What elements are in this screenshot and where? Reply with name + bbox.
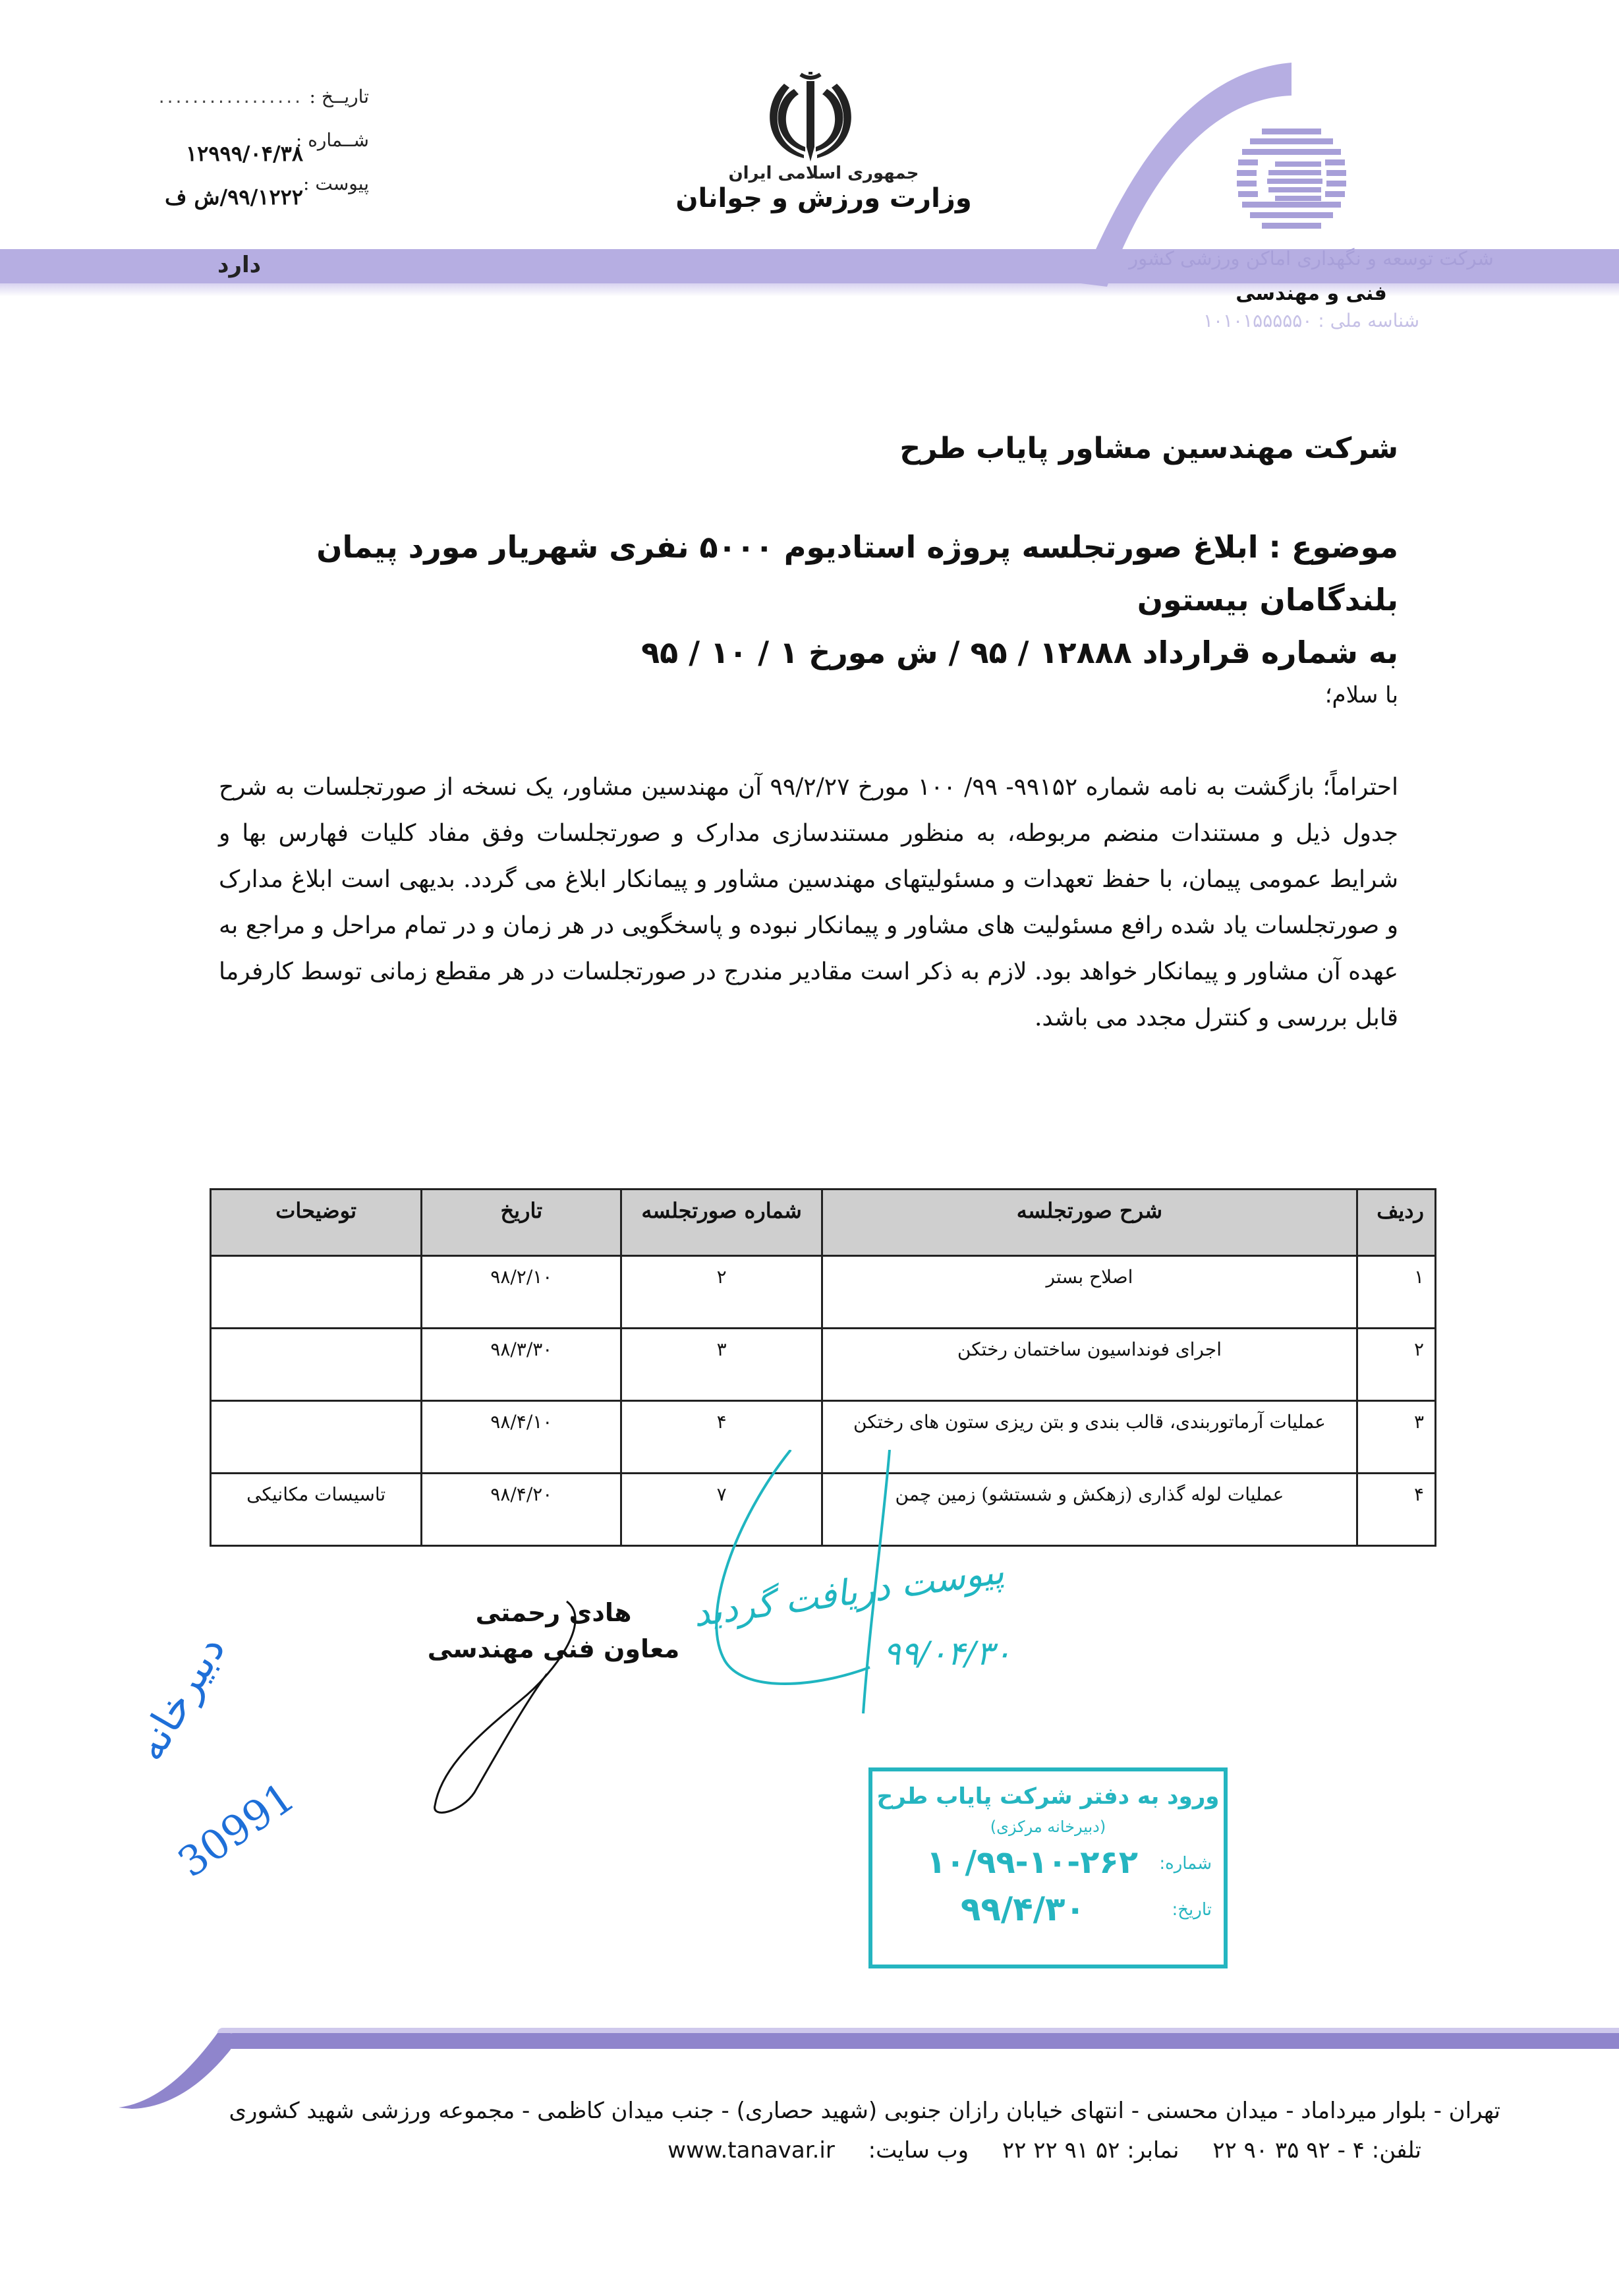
date-label: تاریــخ : [310,86,369,107]
cell-date: ۹۸/۲/۱۰ [422,1256,621,1329]
received-date: ۹۹/۰۴/۳۰ [883,1634,1011,1673]
footer-address: تهران - بلوار میرداماد - میدان محسنی - ا… [229,2098,1500,2124]
number-field: شــماره : ۱۲۹۹۹/۰۴/۳۸ [92,129,369,162]
stamp-number-value: ۱۰/۹۹-۱۰-۲۶۲ [926,1844,1138,1881]
cell-date: ۹۸/۳/۳۰ [422,1329,621,1401]
margin-number: 30991 [169,1773,303,1887]
footer-website-link[interactable]: www.tanavar.ir [667,2137,835,2164]
cell-date: ۹۸/۴/۲۰ [422,1474,621,1546]
subject: موضوع : ابلاغ صورتجلسه پروژه استادیوم ۵۰… [206,521,1398,679]
cell-number: ۳ [621,1329,822,1401]
footer-band [217,2033,1619,2049]
footer-band-curve [119,2030,231,2109]
recipient: شرکت مهندسین مشاور پایاب طرح [899,432,1398,465]
company-name: شرکت توسعه و نگهداری اماکن ورزشی کشور [1120,247,1502,270]
subject-line-1: موضوع : ابلاغ صورتجلسه پروژه استادیوم ۵۰… [206,521,1398,626]
cell-description: اجرای فونداسیون ساختمان رختکن [822,1329,1357,1401]
number-label: شــماره : [296,129,369,151]
cell-index: ۴ [1357,1474,1435,1546]
cell-index: ۳ [1357,1401,1435,1474]
company-logo-icon [1236,125,1348,237]
stamp-number-label: شماره: [1159,1854,1212,1874]
cell-number: ۲ [621,1256,822,1329]
stamp-date-value: ۹۹/۴/۳۰ [961,1890,1085,1928]
attachment-label: پیوست : [303,173,369,194]
stamp-subtitle: (دبیرخانه مرکزی) [872,1818,1224,1836]
subject-line-2: به شماره قرارداد ۱۲۸۸۸ / ۹۵ / ش مورخ ۱ /… [206,626,1398,679]
cell-notes [211,1401,422,1474]
country-name: جمهوری اسلامی ایران [659,163,988,183]
national-id: شناسه ملی : ۱۰۱۰۱۵۵۵۵۵۰ [1120,310,1502,331]
attachment-field: پیوست : ۹۹/۱۲۲۲/ش ف [92,173,369,206]
number-value: ۱۲۹۹۹/۰۴/۳۸ [186,141,303,166]
header-date: تاریخ [422,1190,621,1256]
header-description: شرح صورتجلسه [822,1190,1357,1256]
cell-index: ۲ [1357,1329,1435,1401]
department-name: فنی و مهندسی [1120,282,1502,305]
attachment-status: دارد [217,252,261,278]
greeting: با سلام؛ [1325,682,1398,708]
receipt-stamp: ورود به دفتر شرکت پایاب طرح (دبیرخانه مر… [868,1767,1228,1968]
stamp-date-label: تاریخ: [1172,1900,1212,1920]
cell-description: اصلاح بستر [822,1256,1357,1329]
signatory-name: هادی رحمتی [422,1598,685,1627]
footer-fax: نمابر: ۵۲ ۹۱ ۲۲ ۲۲ [1002,2137,1179,2164]
body-paragraph: احتراماً؛ بازگشت به نامه شماره ۹۹۱۵۲- ۹۹… [219,764,1398,1041]
cell-notes [211,1329,422,1401]
attachment-value: ۹۹/۱۲۲۲/ش ف [165,185,303,210]
header-notes: توضیحات [211,1190,422,1256]
date-dots: ................. [159,86,303,107]
table-header-row: ردیف شرح صورتجلسه شماره صورتجلسه تاریخ ت… [211,1190,1436,1256]
date-field: تاریــخ : ................. [92,86,369,119]
footer-website-label: وب سایت: [868,2137,969,2164]
iran-emblem-icon [764,69,857,165]
header-number: شماره صورتجلسه [621,1190,822,1256]
cell-index: ۱ [1357,1256,1435,1329]
cell-notes [211,1256,422,1329]
signature-scribble-icon [422,1595,593,1819]
ministry-name: وزارت ورزش و جوانان [659,183,988,214]
signatory-title: معاون فنی مهندسی [422,1634,685,1663]
stamp-title: ورود به دفتر شرکت پایاب طرح [872,1783,1224,1810]
table-row: ۲ اجرای فونداسیون ساختمان رختکن ۳ ۹۸/۳/۳… [211,1329,1436,1401]
header-index: ردیف [1357,1190,1435,1256]
margin-note: دبیرخانه [125,1627,235,1768]
table-row: ۱ اصلاح بستر ۲ ۹۸/۲/۱۰ [211,1256,1436,1329]
cell-date: ۹۸/۴/۱۰ [422,1401,621,1474]
footer-band-shadow [217,2028,1619,2033]
footer-contact: تلفن: ۴ - ۹۲ ۳۵ ۹۰ ۲۲ نمابر: ۵۲ ۹۱ ۲۲ ۲۲… [667,2137,1421,2164]
cell-notes: تاسیسات مکانیکی [211,1474,422,1546]
footer-phone: تلفن: ۴ - ۹۲ ۳۵ ۹۰ ۲۲ [1212,2137,1421,2164]
